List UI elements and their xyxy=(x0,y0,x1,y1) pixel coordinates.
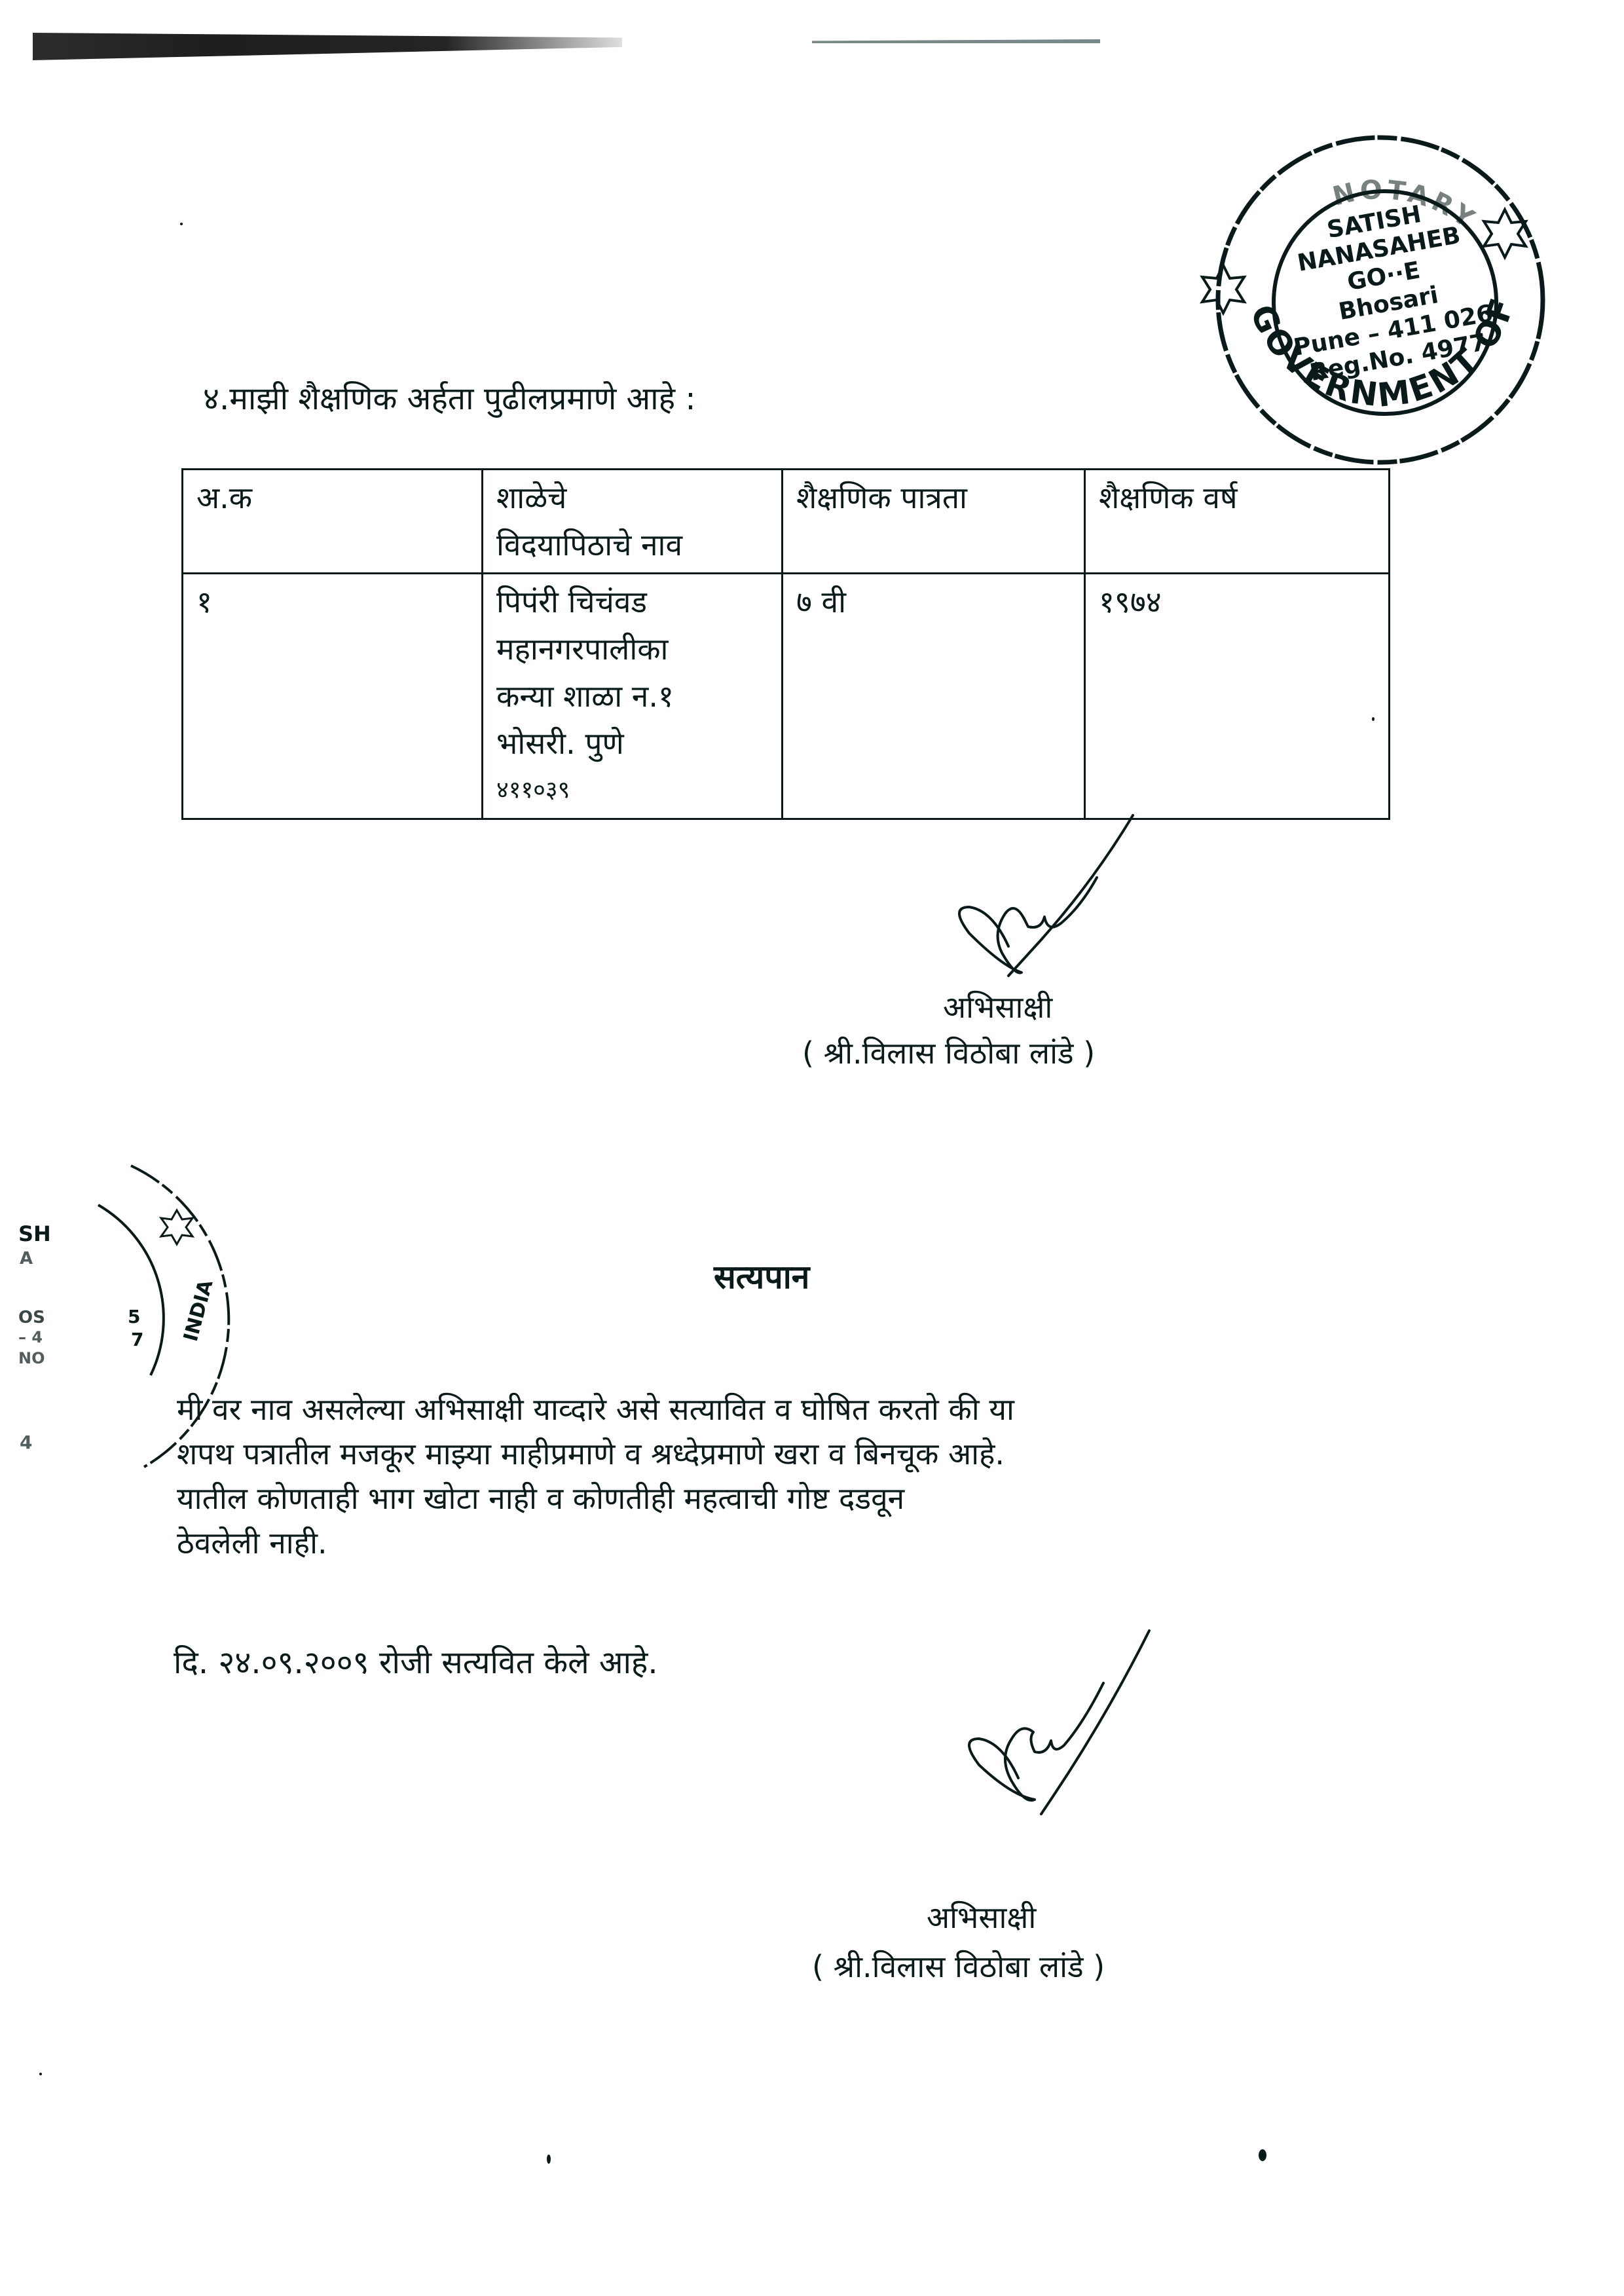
partial-stamp-arc-text: INDIA xyxy=(179,1277,218,1344)
header-qualification: शैक्षणिक पात्रता xyxy=(783,470,1085,574)
verification-title: सत्यपान xyxy=(714,1261,809,1293)
verification-date-line: दि. २४.०९.२००९ रोजी सत्यवित केले आहे. xyxy=(174,1647,658,1678)
deponent-name-1: ( श्री.विलास विठोबा लांडे ) xyxy=(802,1038,1095,1068)
partial-stamp-digit: 5 xyxy=(128,1306,140,1327)
institution-line: कन्या शाळा न.१ xyxy=(496,673,768,720)
star-icon xyxy=(1202,265,1244,313)
verification-body: मी वर नाव असलेल्या अभिसाक्षी याव्दारे अस… xyxy=(177,1387,1421,1565)
scan-speck xyxy=(180,223,183,225)
header-institution: शाळेचे विदयापिठाचे नाव xyxy=(483,470,783,574)
cell-serial: १ xyxy=(183,574,483,819)
table-row: १ पिपंरी चिचंवड महानगरपालीका कन्या शाळा … xyxy=(183,574,1390,819)
verification-line: ठेवलेली नाही. xyxy=(177,1521,1421,1565)
institution-pincode: ४११०३९ xyxy=(496,767,768,814)
scan-speck xyxy=(1259,2149,1266,2161)
partial-stamp-fragment: OS xyxy=(18,1308,45,1327)
partial-stamp-fragment: NO xyxy=(18,1349,45,1367)
partial-stamp-fragment: 4 xyxy=(20,1432,32,1453)
verification-line: शपथ पत्रातील मजकूर माझ्या माहीप्रमाणे व … xyxy=(177,1432,1421,1476)
institution-line: भोसरी. पुणे xyxy=(496,720,768,767)
deponent-name-2: ( श्री.विलास विठोबा लांडे ) xyxy=(812,1952,1105,1982)
star-icon xyxy=(161,1210,193,1244)
signature-2 xyxy=(936,1624,1159,1834)
cell-year: १९७४ xyxy=(1085,574,1390,819)
partial-stamp-fragment: SH xyxy=(18,1221,51,1246)
qualification-table: अ.क शाळेचे विदयापिठाचे नाव शैक्षणिक पात्… xyxy=(181,468,1390,820)
header-institution-line2: विदयापिठाचे नाव xyxy=(496,521,768,568)
scan-streak-tail-artifact xyxy=(812,39,1100,43)
partial-stamp-fragment: A xyxy=(20,1249,33,1268)
scan-speck xyxy=(547,2155,551,2164)
institution-line: पिपंरी चिचंवड xyxy=(496,578,768,625)
qualification-heading: ४.माझी शैक्षणिक अर्हता पुढीलप्रमाणे आहे … xyxy=(203,383,696,415)
notary-stamp: NOTARY GOVERNMENT OF INDIA SATISH NANASA… xyxy=(1198,118,1565,485)
scan-speck xyxy=(1372,717,1375,721)
header-institution-line1: शाळेचे xyxy=(496,474,768,521)
cell-institution: पिपंरी चिचंवड महानगरपालीका कन्या शाळा न.… xyxy=(483,574,783,819)
verification-line: यातील कोणताही भाग खोटा नाही व कोणतीही मह… xyxy=(177,1476,1421,1521)
verification-line: मी वर नाव असलेल्या अभिसाक्षी याव्दारे अस… xyxy=(177,1387,1421,1432)
table-header-row: अ.क शाळेचे विदयापिठाचे नाव शैक्षणिक पात्… xyxy=(183,470,1390,574)
scan-streak-artifact xyxy=(33,33,622,60)
header-serial: अ.क xyxy=(183,470,483,574)
partial-stamp-fragment: – 4 xyxy=(18,1328,43,1346)
signature-1 xyxy=(930,802,1153,1012)
header-year: शैक्षणिक वर्ष xyxy=(1085,470,1390,574)
deponent-label-1: अभिसाक्षी xyxy=(943,992,1052,1022)
scan-speck xyxy=(39,2073,42,2075)
partial-stamp-digit: 7 xyxy=(131,1329,143,1350)
cell-qualification: ७ वी xyxy=(783,574,1085,819)
deponent-label-2: अभिसाक्षी xyxy=(927,1902,1036,1933)
institution-line: महानगरपालीका xyxy=(496,625,768,673)
